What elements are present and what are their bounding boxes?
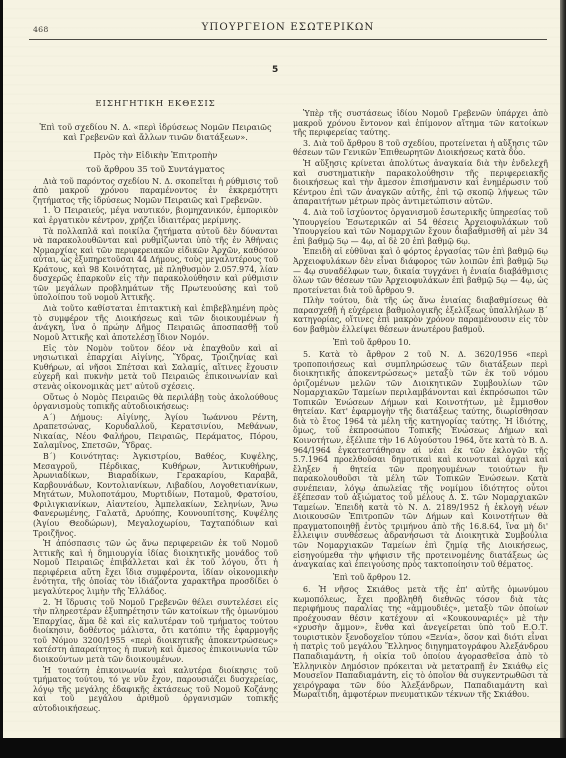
right-column: Ὑπὲρ τῆς συστάσεως ἰδίου Νομοῦ Γρεβενῶν … [293, 109, 548, 701]
paragraph: 3. Διὰ τοῦ ἄρθρου 8 τοῦ σχεδίου, προτείν… [293, 139, 548, 158]
section-number: 5 [272, 65, 278, 75]
scan-bottom-border [0, 738, 566, 758]
paragraph: Τὰ πολλαπλᾶ καὶ ποικίλα ζητήματα αὐτοῦ δ… [33, 227, 278, 303]
paragraph: 4. Διὰ τοῦ ἰσχύοντος ὀργανισμοῦ ἐσωτερικ… [293, 208, 548, 246]
paragraph: Ὑπὲρ τῆς συστάσεως ἰδίου Νομοῦ Γρεβενῶν … [293, 109, 548, 138]
paragraph: 2. Ἡ ἵδρυσις τοῦ Νομοῦ Γρεβενῶν θέλει συ… [33, 598, 278, 665]
paragraph: Ἐπειδὴ αἱ εὐθῦναι καὶ ὁ φόρτος ἐργασίας … [293, 247, 548, 295]
running-title: ΥΠΟΥΡΓΕΙΟΝ ΕΣΩΤΕΡΙΚΩΝ [29, 22, 547, 33]
addressee-line-2: τοῦ ἄρθρου 35 τοῦ Συντάγματος [33, 164, 278, 175]
addressee-line-1: Πρὸς τὴν Εἰδικὴν Ἐπιτροπὴν [33, 150, 278, 161]
article-12-heading: Ἐπὶ τοῦ ἄρθρου 12. [293, 573, 548, 583]
paragraph: Εἰς τὸν Νομὸν τοῦτον δέον νὰ ἐπαχθοῦν κα… [33, 344, 278, 392]
paragraph: 1. Ὁ Πειραιεύς, μέγα ναυτικόν, βιομηχανι… [33, 206, 278, 225]
paragraph: Ἡ αὔξησις κρίνεται ἀπολύτως ἀναγκαία διὰ… [293, 159, 548, 207]
page-header: 468 ΥΠΟΥΡΓΕΙΟΝ ΕΣΩΤΕΡΙΚΩΝ [29, 18, 547, 38]
paragraph: 6. Ἡ νῆσος Σκιάθος μετὰ τῆς ἐπ' αὐτῆς ὁμ… [293, 585, 548, 700]
page-binding-edge [560, 0, 566, 758]
article-10-heading: Ἐπὶ τοῦ ἄρθρου 10. [293, 338, 548, 348]
paragraph: Διὰ τοῦτο καθίσταται ἐπιτακτικὴ καὶ ἐπιβ… [33, 304, 278, 342]
header-rule [29, 39, 547, 40]
paragraph: Ἡ ἀπόσπασις τῶν ὡς ἄνω περιφερειῶν ἐκ το… [33, 539, 278, 596]
paragraph: Ἡ τοιαύτη ἐπικοινωνία καὶ καλυτέρα διοίκ… [33, 666, 278, 714]
report-subtitle: Ἐπὶ τοῦ σχεδίου Ν. Δ. «περὶ ἱδρύσεως Νομ… [33, 122, 278, 142]
paragraph: Διὰ τοῦ παρόντος σχεδίου Ν. Δ. σκοπεῖται… [33, 177, 278, 206]
paragraph: Α΄) Δήμους: Αἰγίνης, Ἁγίου Ἰωάννου Ρέντη… [33, 413, 278, 451]
report-heading: ΕΙΣΗΓΗΤΙΚΗ ΕΚΘΕΣΙΣ [33, 100, 278, 110]
paragraph: Β΄) Κοινότητας: Ἀγκιστρίου, Βαθέος, Κυψέ… [33, 452, 278, 538]
paragraph: 5. Κατὰ τὸ ἄρθρον 2 τοῦ Ν. Δ. 3620/1956 … [293, 350, 548, 570]
paragraph: Πλὴν τούτου, διὰ τῆς ὡς ἄνω ἑνιαίας διαβ… [293, 296, 548, 334]
paragraph: Οὕτως ὁ Νομὸς Πειραιῶς θὰ περιλάβῃ τοὺς … [33, 393, 278, 412]
document-page: 468 ΥΠΟΥΡΓΕΙΟΝ ΕΣΩΤΕΡΙΚΩΝ 5 ΕΙΣΗΓΗΤΙΚΗ Ε… [3, 0, 560, 738]
left-column: ΕΙΣΗΓΗΤΙΚΗ ΕΚΘΕΣΙΣ Ἐπὶ τοῦ σχεδίου Ν. Δ.… [33, 100, 278, 715]
